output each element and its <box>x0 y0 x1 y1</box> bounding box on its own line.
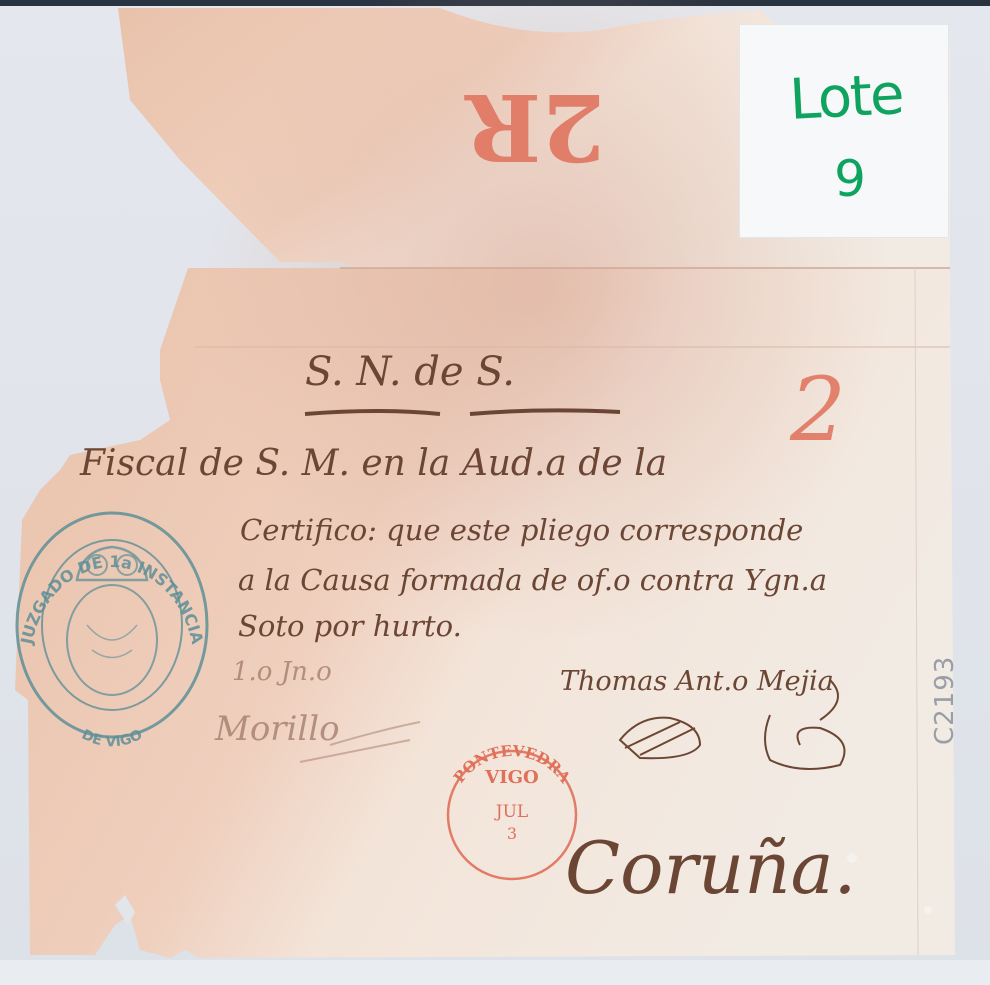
svg-text:2R: 2R <box>464 73 605 181</box>
postmark-day: 3 <box>507 824 517 843</box>
catalog-number: C2193 <box>930 665 960 745</box>
mount-bottom-edge <box>0 960 990 985</box>
address-line: Fiscal de S. M. en la Aud.a de la <box>79 443 667 484</box>
certification-line-2: a la Causa formada de of.o contra Ygn.a <box>238 563 827 597</box>
postmark-month: JUL <box>494 802 528 822</box>
signer-signature: Thomas Ant.o Mejia <box>560 666 834 697</box>
paper-damage <box>924 906 932 914</box>
destination-coruna: Coruña. <box>565 826 856 910</box>
paper-damage <box>847 853 857 863</box>
certification-line-3: Soto por hurto. <box>238 609 462 643</box>
lot-label-text: Lote <box>754 60 937 134</box>
lot-label-number: 9 <box>800 150 900 208</box>
left-signature: Morillo <box>214 709 340 749</box>
address-header: S. N. de S. <box>305 349 515 395</box>
manuscript-rate-2: 2 <box>789 358 846 461</box>
certification-line-4: 1.o Jn.o <box>232 657 332 687</box>
rate-stamp-2r: 2R <box>464 73 605 181</box>
certification-line-1: Certifico: que este pliego corresponde <box>240 513 803 547</box>
lot-label: Lote 9 <box>740 25 948 237</box>
postmark-town: VIGO <box>484 767 538 788</box>
